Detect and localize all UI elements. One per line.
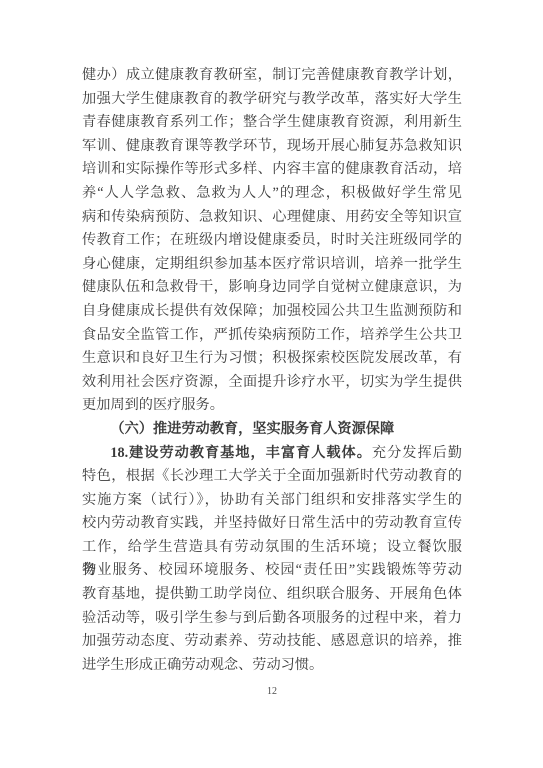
section-heading: （六）推进劳动教育，坚实服务育人资源保障	[82, 418, 462, 442]
body-line: 养“人人学急救、急救为人人”的理念，积极做好学生常见	[82, 182, 462, 206]
body-line: 工作，给学生营造具有劳动氛围的生活环境；设立餐饮服务、	[82, 536, 462, 560]
body-line: 生意识和良好卫生行为习惯；积极探索校医院发展改革，有	[82, 347, 462, 371]
body-line: 18.建设劳动教育基地，丰富育人载体。充分发挥后勤	[82, 442, 462, 466]
body-line: 物业服务、校园环境服务、校园“责任田”实践锻炼等劳动	[82, 559, 462, 583]
body-line: 身心健康，定期组织参加基本医疗常识培训，培养一批学生	[82, 253, 462, 277]
body-line: 验活动等，吸引学生参与到后勤各项服务的过程中来，着力	[82, 607, 462, 631]
body-line: 教育基地，提供勤工助学岗位、组织联合服务、开展角色体	[82, 583, 462, 607]
body-line: 健康队伍和急救骨干，影响身边同学自觉树立健康意识，为	[82, 276, 462, 300]
body-line: 加强劳动态度、劳动素养、劳动技能、感恩意识的培养，推	[82, 630, 462, 654]
body-line: 传教育工作；在班级内增设健康委员，时时关注班级同学的	[82, 229, 462, 253]
item18-lead-rest: 充分发挥后勤	[372, 445, 462, 461]
body-line: 进学生形成正确劳动观念、劳动习惯。	[82, 654, 462, 678]
document-body: 健办）成立健康教育教研室，制订完善健康教育教学计划， 加强大学生健康教育的教学研…	[82, 64, 462, 677]
body-line: 病和传染病预防、急救知识、心理健康、用药安全等知识宣	[82, 206, 462, 230]
body-line: 培训和实际操作等形式多样、内容丰富的健康教育活动，培	[82, 158, 462, 182]
body-line: 加强大学生健康教育的教学研究与教学改革，落实好大学生	[82, 88, 462, 112]
body-line: 健办）成立健康教育教研室，制订完善健康教育教学计划，	[82, 64, 462, 88]
body-line: 食品安全监管工作，严抓传染病预防工作，培养学生公共卫	[82, 324, 462, 348]
body-line: 校内劳动教育实践，并坚持做好日常生活中的劳动教育宣传	[82, 512, 462, 536]
body-line: 军训、健康教育课等教学环节，现场开展心肺复苏急救知识	[82, 135, 462, 159]
body-line: 更加周到的医疗服务。	[82, 394, 462, 418]
page-number: 12	[82, 686, 462, 697]
body-line: 自身健康成长提供有效保障；加强校园公共卫生监测预防和	[82, 300, 462, 324]
body-line: 实施方案（试行）》，协助有关部门组织和安排落实学生的	[82, 489, 462, 513]
document-page: 健办）成立健康教育教研室，制订完善健康教育教学计划， 加强大学生健康教育的教学研…	[0, 0, 543, 768]
item18-lead-sentence: 18.建设劳动教育基地，丰富育人载体。	[110, 445, 372, 461]
body-line: 青春健康教育系列工作；整合学生健康教育资源，利用新生	[82, 111, 462, 135]
body-line: 效利用社会医疗资源，全面提升诊疗水平，切实为学生提供	[82, 371, 462, 395]
body-line: 特色，根据《长沙理工大学关于全面加强新时代劳动教育的	[82, 465, 462, 489]
